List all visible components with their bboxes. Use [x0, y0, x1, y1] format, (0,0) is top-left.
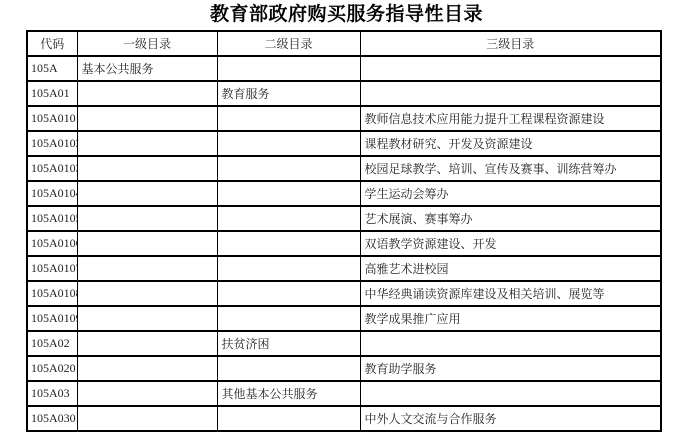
cell-level1: [77, 156, 217, 181]
cell-level3: [360, 381, 661, 406]
cell-level1: [77, 256, 217, 281]
table-row: 105A基本公共服务: [27, 56, 661, 81]
table-row: 105A01教育服务: [27, 81, 661, 106]
table-row: 105A0108中华经典诵读资源库建设及相关培训、展览等: [27, 281, 661, 306]
table-row: 105A0101教师信息技术应用能力提升工程课程资源建设: [27, 106, 661, 131]
cell-code: 105A0201: [27, 356, 77, 381]
cell-level3: 学生运动会筹办: [360, 181, 661, 206]
cell-level2: [217, 306, 360, 331]
cell-level2: [217, 406, 360, 431]
cell-code: 105A0101: [27, 106, 77, 131]
cell-level3: 教学成果推广应用: [360, 306, 661, 331]
table-row: 105A03其他基本公共服务: [27, 381, 661, 406]
cell-level2: [217, 181, 360, 206]
cell-level2: [217, 156, 360, 181]
col-header-code: 代码: [27, 31, 77, 56]
table-row: 105A0105艺术展演、赛事筹办: [27, 206, 661, 231]
cell-code: 105A0301: [27, 406, 77, 431]
table-row: 105A0102课程教材研究、开发及资源建设: [27, 131, 661, 156]
cell-level1: [77, 231, 217, 256]
cell-level1: 基本公共服务: [77, 56, 217, 81]
table-row: 105A0107高雅艺术进校园: [27, 256, 661, 281]
cell-code: 105A0108: [27, 281, 77, 306]
cell-code: 105A0107: [27, 256, 77, 281]
cell-level2: 扶贫济困: [217, 331, 360, 356]
cell-level1: [77, 356, 217, 381]
page-title: 教育部政府购买服务指导性目录: [0, 0, 693, 27]
cell-level1: [77, 181, 217, 206]
table-row: 105A0201教育助学服务: [27, 356, 661, 381]
col-header-level3: 三级目录: [360, 31, 661, 56]
cell-code: 105A: [27, 56, 77, 81]
cell-code: 105A0105: [27, 206, 77, 231]
cell-code: 105A0104: [27, 181, 77, 206]
cell-code: 105A0102: [27, 131, 77, 156]
cell-level1: [77, 281, 217, 306]
cell-level3: 课程教材研究、开发及资源建设: [360, 131, 661, 156]
table-row: 105A0104学生运动会筹办: [27, 181, 661, 206]
document-page: 教育部政府购买服务指导性目录 代码一级目录二级目录三级目录 105A基本公共服务…: [0, 0, 693, 446]
cell-level3: [360, 56, 661, 81]
cell-level2: [217, 131, 360, 156]
cell-level1: [77, 381, 217, 406]
cell-level2: [217, 231, 360, 256]
cell-level1: [77, 331, 217, 356]
table-row: 105A0109教学成果推广应用: [27, 306, 661, 331]
cell-level2: [217, 106, 360, 131]
cell-level3: 中外人文交流与合作服务: [360, 406, 661, 431]
col-header-level2: 二级目录: [217, 31, 360, 56]
cell-level3: 双语教学资源建设、开发: [360, 231, 661, 256]
cell-level2: [217, 356, 360, 381]
cell-level1: [77, 106, 217, 131]
cell-level3: 校园足球教学、培训、宣传及赛事、训练营筹办: [360, 156, 661, 181]
table-header-row: 代码一级目录二级目录三级目录: [27, 31, 661, 56]
table-row: 105A02扶贫济困: [27, 331, 661, 356]
cell-level3: 教师信息技术应用能力提升工程课程资源建设: [360, 106, 661, 131]
cell-code: 105A02: [27, 331, 77, 356]
cell-level3: 教育助学服务: [360, 356, 661, 381]
cell-level3: 艺术展演、赛事筹办: [360, 206, 661, 231]
cell-code: 105A01: [27, 81, 77, 106]
cell-level3: [360, 331, 661, 356]
cell-level3: 高雅艺术进校园: [360, 256, 661, 281]
col-header-level1: 一级目录: [77, 31, 217, 56]
cell-code: 105A03: [27, 381, 77, 406]
cell-level1: [77, 306, 217, 331]
cell-level1: [77, 131, 217, 156]
cell-level2: [217, 281, 360, 306]
cell-level2: [217, 56, 360, 81]
cell-level1: [77, 81, 217, 106]
cell-level1: [77, 206, 217, 231]
cell-level1: [77, 406, 217, 431]
cell-level3: 中华经典诵读资源库建设及相关培训、展览等: [360, 281, 661, 306]
cell-level2: 其他基本公共服务: [217, 381, 360, 406]
table-row: 105A0103校园足球教学、培训、宣传及赛事、训练营筹办: [27, 156, 661, 181]
cell-code: 105A0109: [27, 306, 77, 331]
cell-level2: [217, 256, 360, 281]
cell-level3: [360, 81, 661, 106]
cell-code: 105A0106: [27, 231, 77, 256]
table-row: 105A0106双语教学资源建设、开发: [27, 231, 661, 256]
catalog-table: 代码一级目录二级目录三级目录 105A基本公共服务105A01教育服务105A0…: [26, 30, 662, 432]
table-row: 105A0301中外人文交流与合作服务: [27, 406, 661, 431]
cell-level2: [217, 206, 360, 231]
cell-code: 105A0103: [27, 156, 77, 181]
cell-level2: 教育服务: [217, 81, 360, 106]
